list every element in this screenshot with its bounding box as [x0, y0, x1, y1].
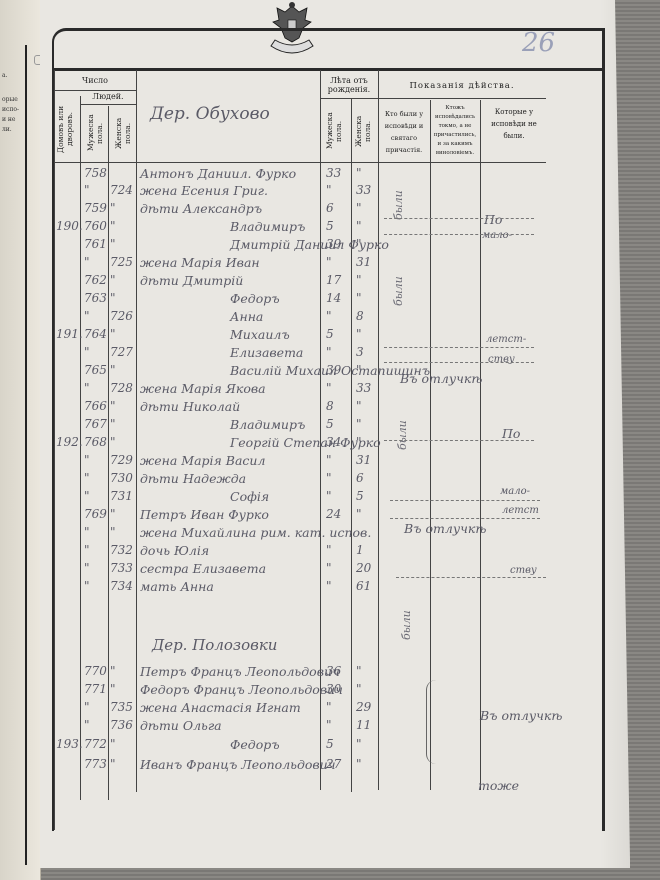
male-number: 758 — [84, 166, 107, 180]
header-rule — [80, 104, 136, 105]
person-name: жена Марія Васил — [140, 453, 265, 468]
male-number: " — [84, 543, 90, 557]
person-name: Петръ Иван Фурко — [140, 507, 269, 522]
header-leta: Лѣта отъ рожденія. — [320, 76, 378, 94]
male-number: 764 — [84, 327, 107, 341]
age-female: 6 — [356, 471, 364, 485]
age-male: 30 — [326, 682, 341, 696]
age-female: 20 — [356, 561, 371, 575]
male-number: " — [84, 471, 90, 485]
age-female: " — [356, 201, 362, 215]
dashed-rule — [384, 347, 534, 348]
female-number: 726 — [110, 309, 133, 323]
annotation-po: По — [502, 426, 520, 441]
male-number: 769 — [84, 507, 107, 521]
female-number: " — [110, 363, 116, 377]
annotation-byli: были — [392, 170, 405, 220]
male-number: 761 — [84, 237, 107, 251]
header-ne-byli: Которые у исповѣди не были. — [482, 106, 546, 142]
person-name: дѣти Николай — [140, 399, 240, 414]
age-male: 5 — [326, 417, 334, 431]
female-number: 731 — [110, 489, 133, 503]
age-female: " — [356, 399, 362, 413]
village-heading: Дер. Полозовки — [152, 636, 277, 654]
male-number: " — [84, 381, 90, 395]
dashed-rule — [384, 362, 534, 363]
male-number: " — [84, 718, 90, 732]
female-number: 735 — [110, 700, 133, 714]
annotation-byli: были — [400, 590, 413, 640]
age-female: " — [356, 737, 362, 751]
person-name: мать Анна — [140, 579, 214, 594]
person-name: жена Михайлина рим. кат. испов. — [140, 525, 371, 540]
col-divider — [378, 70, 379, 790]
male-number: " — [84, 579, 90, 593]
left-page-fragment: и не — [2, 116, 15, 124]
annotation-otluchka: Въ отлучкѣ — [480, 708, 562, 723]
annotation-maloletstvu: летст- — [486, 334, 526, 345]
annotation-maloletstvu: летст — [502, 505, 539, 516]
age-male: " — [326, 543, 332, 557]
age-male: 39 — [326, 237, 341, 251]
age-female: " — [356, 327, 362, 341]
household-number: 192. — [56, 435, 83, 449]
female-number: " — [110, 327, 116, 341]
header-ispovedalis-tokmo: Ктожъ исповѣдались токмо, а не причастил… — [432, 104, 478, 158]
female-number: 724 — [110, 183, 133, 197]
age-male: 33 — [326, 166, 341, 180]
left-page-edge: а. орые испо- и не ли. — [0, 0, 41, 880]
person-name: Федоръ — [230, 291, 280, 306]
age-female: " — [356, 682, 362, 696]
female-number: " — [110, 525, 116, 539]
male-number: " — [84, 700, 90, 714]
female-number: 730 — [110, 471, 133, 485]
header-muzh-pola: Мужеска пола. — [86, 108, 104, 158]
female-number: " — [110, 507, 116, 521]
age-female: 31 — [356, 255, 371, 269]
annotation-byli: были — [392, 256, 405, 306]
col-divider — [480, 100, 481, 790]
person-name: Антонъ Даниил. Фурко — [140, 166, 296, 181]
header-rule — [54, 90, 136, 91]
header-zhen-pola: Женска пола. — [114, 108, 132, 158]
household-number: 191. — [56, 327, 83, 341]
annotation-tozhe: тоже — [478, 778, 519, 793]
male-number: 765 — [84, 363, 107, 377]
person-name: дѣти Дмитрій — [140, 273, 243, 288]
female-number: 725 — [110, 255, 133, 269]
age-male: 6 — [326, 201, 334, 215]
left-page-fragment: а. — [2, 72, 7, 80]
col-divider — [108, 106, 109, 800]
age-male: 34 — [326, 435, 341, 449]
age-male: 17 — [326, 273, 341, 287]
male-number: 759 — [84, 201, 107, 215]
male-number: " — [84, 525, 90, 539]
age-female: " — [356, 166, 362, 180]
annotation-maloletstvu: ству — [488, 354, 515, 365]
annotation-malo: мало- — [500, 486, 530, 497]
dashed-rule — [396, 577, 546, 578]
village-heading: Дер. Обухово — [150, 104, 270, 124]
female-number: " — [110, 435, 116, 449]
male-number: 773 — [84, 757, 107, 771]
female-number: " — [110, 219, 116, 233]
person-name: жена Марія Якова — [140, 381, 266, 396]
age-male: 24 — [326, 507, 341, 521]
age-female: " — [356, 757, 362, 771]
age-male: " — [326, 183, 332, 197]
female-number: " — [110, 757, 116, 771]
person-name: Петръ Францъ Леопольдович — [140, 664, 340, 679]
person-name: Федоръ — [230, 737, 280, 752]
page-number: 26 — [522, 28, 555, 58]
male-number: 768 — [84, 435, 107, 449]
age-male: " — [326, 561, 332, 575]
female-number: 736 — [110, 718, 133, 732]
age-female: 1 — [356, 543, 364, 557]
age-male: 27 — [326, 757, 341, 771]
age-female: 33 — [356, 381, 371, 395]
bracket — [426, 680, 441, 764]
female-number: " — [110, 237, 116, 251]
age-male: " — [326, 471, 332, 485]
age-male: 8 — [326, 399, 334, 413]
left-page-fragment: ли. — [2, 126, 12, 134]
left-page-fragment: орые — [2, 96, 18, 104]
age-male: " — [326, 309, 332, 323]
person-name: Иванъ Францъ Леопольдович — [140, 757, 336, 772]
female-number: 732 — [110, 543, 133, 557]
header-rule — [54, 162, 546, 163]
age-male: 14 — [326, 291, 341, 305]
female-number: " — [110, 417, 116, 431]
age-male: " — [326, 700, 332, 714]
col-divider — [54, 70, 55, 830]
dashed-rule — [390, 500, 540, 501]
person-name: Владимиръ — [230, 417, 305, 432]
age-male: " — [326, 453, 332, 467]
person-name: Елизавета — [230, 345, 303, 360]
female-number: " — [110, 682, 116, 696]
person-name: Владимиръ — [230, 219, 305, 234]
age-female: " — [356, 291, 362, 305]
person-name: Софія — [230, 489, 269, 504]
age-female: 11 — [356, 718, 371, 732]
female-number: " — [110, 737, 116, 751]
male-number: 767 — [84, 417, 107, 431]
person-name: Федоръ Францъ Леопольдович — [140, 682, 343, 697]
header-rule — [378, 98, 546, 99]
male-number: " — [84, 561, 90, 575]
dashed-rule — [390, 518, 540, 519]
female-number: 728 — [110, 381, 133, 395]
age-male: " — [326, 255, 332, 269]
age-male: 5 — [326, 219, 334, 233]
age-male: " — [326, 381, 332, 395]
age-female: " — [356, 273, 362, 287]
female-number: 727 — [110, 345, 133, 359]
female-number: 729 — [110, 453, 133, 467]
person-name: жена Есения Григ. — [140, 183, 268, 198]
annotation-otluchka: Въ отлучкѣ — [404, 521, 486, 536]
male-number: 762 — [84, 273, 107, 287]
male-number: 763 — [84, 291, 107, 305]
age-male: 5 — [326, 737, 334, 751]
age-female: 8 — [356, 309, 364, 323]
left-page-border — [25, 45, 27, 865]
annotation-otluchka: Въ отлучкѣ — [400, 371, 482, 386]
age-female: 29 — [356, 700, 371, 714]
age-male: 5 — [326, 327, 334, 341]
header-leta-muzh: Мужеска пола. — [325, 104, 345, 158]
header-kto-byli: Кто были у исповѣди и святаго причастія. — [380, 108, 428, 156]
age-male: " — [326, 718, 332, 732]
col-divider — [136, 70, 137, 792]
header-dvorov: Домовъ или дворовъ. — [56, 100, 78, 158]
left-page-fragment: испо- — [2, 106, 19, 114]
female-number: " — [110, 201, 116, 215]
person-name: Михаилъ — [230, 327, 290, 342]
person-name: Анна — [230, 309, 263, 324]
age-female: 3 — [356, 345, 364, 359]
age-female: " — [356, 417, 362, 431]
male-number: 766 — [84, 399, 107, 413]
age-female: " — [356, 363, 362, 377]
person-name: дѣти Александръ — [140, 201, 262, 216]
age-female: " — [356, 237, 362, 251]
male-number: 760 — [84, 219, 107, 233]
male-number: " — [84, 453, 90, 467]
household-number: 193. — [56, 737, 83, 751]
age-female: 33 — [356, 183, 371, 197]
person-name: дочь Юлія — [140, 543, 209, 558]
header-lyudey: Людей. — [80, 92, 136, 101]
female-number: " — [110, 399, 116, 413]
female-number: 733 — [110, 561, 133, 575]
person-name: Дмитрій Даниил Фурко — [230, 237, 389, 252]
female-number: " — [110, 291, 116, 305]
male-number: " — [84, 309, 90, 323]
annotation-po: По — [484, 212, 502, 227]
person-name: жена Марія Иван — [140, 255, 260, 270]
male-number: 772 — [84, 737, 107, 751]
dashed-rule — [384, 218, 534, 219]
age-male: " — [326, 345, 332, 359]
household-number: 190. — [56, 219, 83, 233]
male-number: 770 — [84, 664, 107, 678]
male-number: " — [84, 183, 90, 197]
age-female: 5 — [356, 489, 364, 503]
annotation-byli: были — [396, 400, 409, 450]
person-name: дѣти Ольга — [140, 718, 222, 733]
header-leta-zhen: Женска пола. — [354, 104, 374, 158]
header-pokazaniya: Показанія дѣйства. — [378, 82, 546, 91]
male-number: 771 — [84, 682, 107, 696]
dashed-rule — [384, 234, 534, 235]
female-number: " — [110, 273, 116, 287]
male-number: " — [84, 489, 90, 503]
male-number: " — [84, 345, 90, 359]
person-name: жена Анастасія Игнат — [140, 700, 301, 715]
age-female: 61 — [356, 579, 371, 593]
ledger-page: 26 Число Людей. Домовъ или дворовъ. Муже… — [40, 0, 630, 868]
age-female: " — [356, 664, 362, 678]
age-male: " — [326, 579, 332, 593]
age-female: " — [356, 507, 362, 521]
male-number: " — [84, 255, 90, 269]
person-name: сестра Елизавета — [140, 561, 266, 576]
age-female: " — [356, 435, 362, 449]
female-number: " — [110, 664, 116, 678]
age-female: " — [356, 219, 362, 233]
annotation-maloletstvu: ству — [510, 565, 537, 576]
annotation-malo: мало- — [482, 230, 512, 241]
header-chislo: Число — [54, 76, 136, 85]
dashed-rule — [384, 440, 534, 441]
person-name: дѣти Надежда — [140, 471, 246, 486]
age-male: 39 — [326, 363, 341, 377]
age-female: 31 — [356, 453, 371, 467]
age-male: " — [326, 489, 332, 503]
age-male: 36 — [326, 664, 341, 678]
header-rule — [320, 98, 378, 99]
female-number: 734 — [110, 579, 133, 593]
